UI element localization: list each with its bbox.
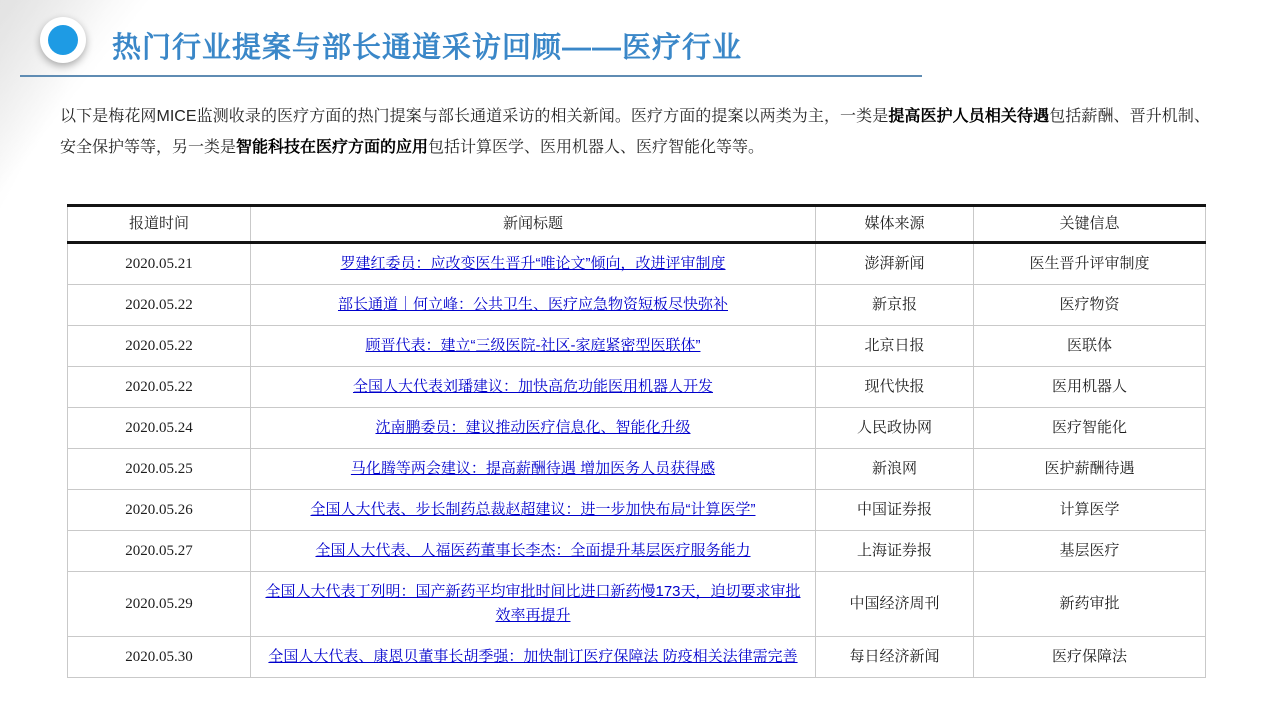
news-title-link[interactable]: 全国人大代表刘璠建议：加快高危功能医用机器人开发 xyxy=(353,378,713,395)
news-title-link[interactable]: 全国人大代表、康恩贝董事长胡季强：加快制订医疗保障法 防疫相关法律需完善 xyxy=(268,648,797,665)
report-date: 2020.05.22 xyxy=(68,326,251,367)
table-row: 2020.05.30 全国人大代表、康恩贝董事长胡季强：加快制订医疗保障法 防疫… xyxy=(68,637,1206,678)
table-row: 2020.05.22 部长通道｜何立峰：公共卫生、医疗应急物资短板尽快弥补 新京… xyxy=(68,285,1206,326)
table-row: 2020.05.22 顾晋代表：建立“三级医院-社区-家庭紧密型医联体” 北京日… xyxy=(68,326,1206,367)
news-table-header: 报道时间 新闻标题 媒体来源 关键信息 xyxy=(68,206,1206,243)
media-source: 北京日报 xyxy=(816,326,974,367)
header-news-title: 新闻标题 xyxy=(251,206,816,243)
intro-bold-2: 智能科技在医疗方面的应用 xyxy=(236,139,428,156)
news-title-cell: 罗建红委员：应改变医生晋升“唯论文”倾向，改进评审制度 xyxy=(251,243,816,285)
news-title-cell: 马化腾等两会建议：提高薪酬待遇 增加医务人员获得感 xyxy=(251,449,816,490)
news-title-link[interactable]: 全国人大代表丁列明：国产新药平均审批时间比进口新药慢173天，迫切要求审批效率再… xyxy=(265,583,800,624)
key-info: 医疗智能化 xyxy=(974,408,1206,449)
report-date: 2020.05.30 xyxy=(68,637,251,678)
table-row: 2020.05.29 全国人大代表丁列明：国产新药平均审批时间比进口新药慢173… xyxy=(68,572,1206,637)
header-key-info: 关键信息 xyxy=(974,206,1206,243)
table-row: 2020.05.26 全国人大代表、步长制药总裁赵超建议：进一步加快布局“计算医… xyxy=(68,490,1206,531)
news-title-link[interactable]: 罗建红委员：应改变医生晋升“唯论文”倾向，改进评审制度 xyxy=(341,255,726,272)
report-date: 2020.05.22 xyxy=(68,367,251,408)
news-title-cell: 全国人大代表、步长制药总裁赵超建议：进一步加快布局“计算医学” xyxy=(251,490,816,531)
media-source: 新京报 xyxy=(816,285,974,326)
news-title-cell: 沈南鹏委员：建议推动医疗信息化、智能化升级 xyxy=(251,408,816,449)
key-info: 医疗物资 xyxy=(974,285,1206,326)
report-date: 2020.05.26 xyxy=(68,490,251,531)
key-info: 医护薪酬待遇 xyxy=(974,449,1206,490)
news-title-cell: 部长通道｜何立峰：公共卫生、医疗应急物资短板尽快弥补 xyxy=(251,285,816,326)
header-report-date: 报道时间 xyxy=(68,206,251,243)
intro-text-1: 以下是梅花网MICE监测收录的医疗方面的热门提案与部长通道采访的相关新闻。医疗方… xyxy=(60,108,888,125)
news-title-cell: 顾晋代表：建立“三级医院-社区-家庭紧密型医联体” xyxy=(251,326,816,367)
media-source: 新浪网 xyxy=(816,449,974,490)
news-title-cell: 全国人大代表、人福医药董事长李杰：全面提升基层医疗服务能力 xyxy=(251,531,816,572)
key-info: 医生晋升评审制度 xyxy=(974,243,1206,285)
media-source: 每日经济新闻 xyxy=(816,637,974,678)
title-bullet-icon xyxy=(40,17,86,63)
news-title-cell: 全国人大代表、康恩贝董事长胡季强：加快制订医疗保障法 防疫相关法律需完善 xyxy=(251,637,816,678)
key-info: 新药审批 xyxy=(974,572,1206,637)
title-underline xyxy=(20,75,922,77)
news-title-link[interactable]: 全国人大代表、人福医药董事长李杰：全面提升基层医疗服务能力 xyxy=(315,542,750,559)
report-date: 2020.05.27 xyxy=(68,531,251,572)
media-source: 中国证券报 xyxy=(816,490,974,531)
key-info: 医用机器人 xyxy=(974,367,1206,408)
report-date: 2020.05.29 xyxy=(68,572,251,637)
report-date: 2020.05.21 xyxy=(68,243,251,285)
news-title-cell: 全国人大代表刘璠建议：加快高危功能医用机器人开发 xyxy=(251,367,816,408)
news-title-link[interactable]: 顾晋代表：建立“三级医院-社区-家庭紧密型医联体” xyxy=(366,337,701,354)
header-media-source: 媒体来源 xyxy=(816,206,974,243)
key-info: 基层医疗 xyxy=(974,531,1206,572)
news-title-link[interactable]: 全国人大代表、步长制药总裁赵超建议：进一步加快布局“计算医学” xyxy=(311,501,756,518)
key-info: 计算医学 xyxy=(974,490,1206,531)
news-table: 报道时间 新闻标题 媒体来源 关键信息 2020.05.21 罗建红委员：应改变… xyxy=(67,204,1206,678)
report-date: 2020.05.25 xyxy=(68,449,251,490)
report-date: 2020.05.24 xyxy=(68,408,251,449)
title-bullet-dot-icon xyxy=(48,25,78,55)
slide: 热门行业提案与部长通道采访回顾——医疗行业 以下是梅花网MICE监测收录的医疗方… xyxy=(0,0,1280,720)
intro-paragraph: 以下是梅花网MICE监测收录的医疗方面的热门提案与部长通道采访的相关新闻。医疗方… xyxy=(60,101,1210,163)
news-title-cell: 全国人大代表丁列明：国产新药平均审批时间比进口新药慢173天，迫切要求审批效率再… xyxy=(251,572,816,637)
page-title: 热门行业提案与部长通道采访回顾——医疗行业 xyxy=(112,25,742,66)
news-title-link[interactable]: 部长通道｜何立峰：公共卫生、医疗应急物资短板尽快弥补 xyxy=(338,296,728,313)
intro-bold-1: 提高医护人员相关待遇 xyxy=(888,108,1049,125)
key-info: 医疗保障法 xyxy=(974,637,1206,678)
media-source: 现代快报 xyxy=(816,367,974,408)
report-date: 2020.05.22 xyxy=(68,285,251,326)
table-row: 2020.05.25 马化腾等两会建议：提高薪酬待遇 增加医务人员获得感 新浪网… xyxy=(68,449,1206,490)
news-title-link[interactable]: 马化腾等两会建议：提高薪酬待遇 增加医务人员获得感 xyxy=(351,460,715,477)
media-source: 上海证券报 xyxy=(816,531,974,572)
media-source: 人民政协网 xyxy=(816,408,974,449)
table-row: 2020.05.27 全国人大代表、人福医药董事长李杰：全面提升基层医疗服务能力… xyxy=(68,531,1206,572)
header-row: 报道时间 新闻标题 媒体来源 关键信息 xyxy=(68,206,1206,243)
media-source: 中国经济周刊 xyxy=(816,572,974,637)
news-title-link[interactable]: 沈南鹏委员：建议推动医疗信息化、智能化升级 xyxy=(375,419,690,436)
intro-text-3: 包括计算医学、医用机器人、医疗智能化等等。 xyxy=(428,139,764,156)
table-row: 2020.05.24 沈南鹏委员：建议推动医疗信息化、智能化升级 人民政协网 医… xyxy=(68,408,1206,449)
news-table-body: 2020.05.21 罗建红委员：应改变医生晋升“唯论文”倾向，改进评审制度 澎… xyxy=(68,243,1206,678)
media-source: 澎湃新闻 xyxy=(816,243,974,285)
table-row: 2020.05.22 全国人大代表刘璠建议：加快高危功能医用机器人开发 现代快报… xyxy=(68,367,1206,408)
key-info: 医联体 xyxy=(974,326,1206,367)
table-row: 2020.05.21 罗建红委员：应改变医生晋升“唯论文”倾向，改进评审制度 澎… xyxy=(68,243,1206,285)
